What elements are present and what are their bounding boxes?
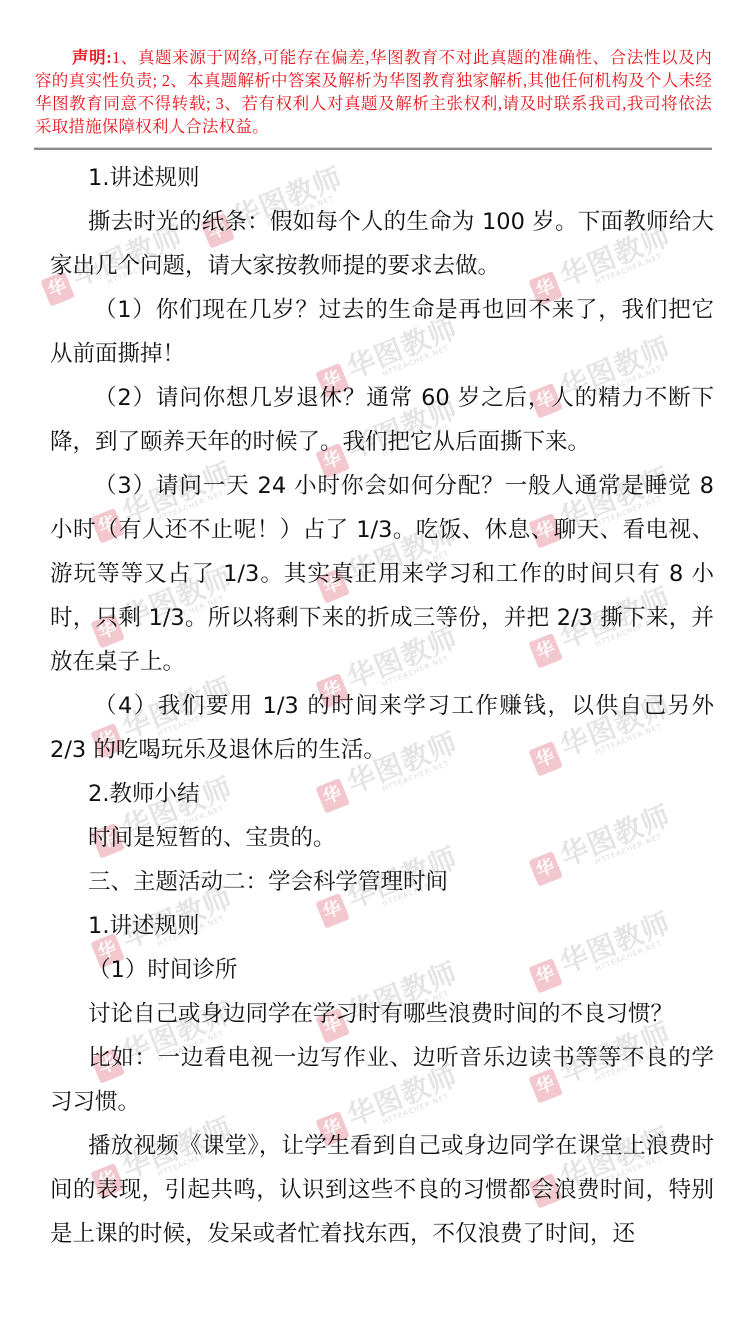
- paragraph: 讨论自己或身边同学在学习时有哪些浪费时间的不良习惯？: [50, 992, 714, 1036]
- paragraph: 时间是短暂的、宝贵的。: [50, 816, 714, 860]
- paragraph: （2）请问你想几岁退休？通常 60 岁之后，人的精力不断下降，到了颐养天年的时候…: [50, 376, 714, 464]
- disclaimer-lead: 声明:: [72, 48, 112, 67]
- paragraph: 撕去时光的纸条：假如每个人的生命为 100 岁。下面教师给大家出几个问题，请大家…: [50, 200, 714, 288]
- section-heading: 三、主题活动二：学会科学管理时间: [50, 860, 714, 904]
- disclaimer-text: 1、真题来源于网络,可能存在偏差,华图教育不对此真题的准确性、合法性以及内容的真…: [35, 48, 712, 136]
- paragraph: （3）请问一天 24 小时你会如何分配？一般人通常是睡觉 8 小时（有人还不止呢…: [50, 464, 714, 684]
- paragraph: 比如：一边看电视一边写作业、边听音乐边读书等等不良的学习习惯。: [50, 1036, 714, 1124]
- paragraph: （4）我们要用 1/3 的时间来学习工作赚钱，以供自己另外 2/3 的吃喝玩乐及…: [50, 684, 714, 772]
- header-divider: [34, 147, 712, 150]
- paragraph-heading: 2.教师小结: [50, 772, 714, 816]
- document-body: 1.讲述规则 撕去时光的纸条：假如每个人的生命为 100 岁。下面教师给大家出几…: [50, 156, 714, 1256]
- paragraph-heading: 1.讲述规则: [50, 156, 714, 200]
- disclaimer: 声明:1、真题来源于网络,可能存在偏差,华图教育不对此真题的准确性、合法性以及内…: [35, 46, 712, 138]
- document-page: 声明:1、真题来源于网络,可能存在偏差,华图教育不对此真题的准确性、合法性以及内…: [0, 0, 748, 1335]
- paragraph-heading: 1.讲述规则: [50, 904, 714, 948]
- paragraph: （1）你们现在几岁？过去的生命是再也回不来了，我们把它从前面撕掉！: [50, 288, 714, 376]
- paragraph: 播放视频《课堂》，让学生看到自己或身边同学在课堂上浪费时间的表现，引起共鸣，认识…: [50, 1124, 714, 1256]
- paragraph-subheading: （1）时间诊所: [50, 948, 714, 992]
